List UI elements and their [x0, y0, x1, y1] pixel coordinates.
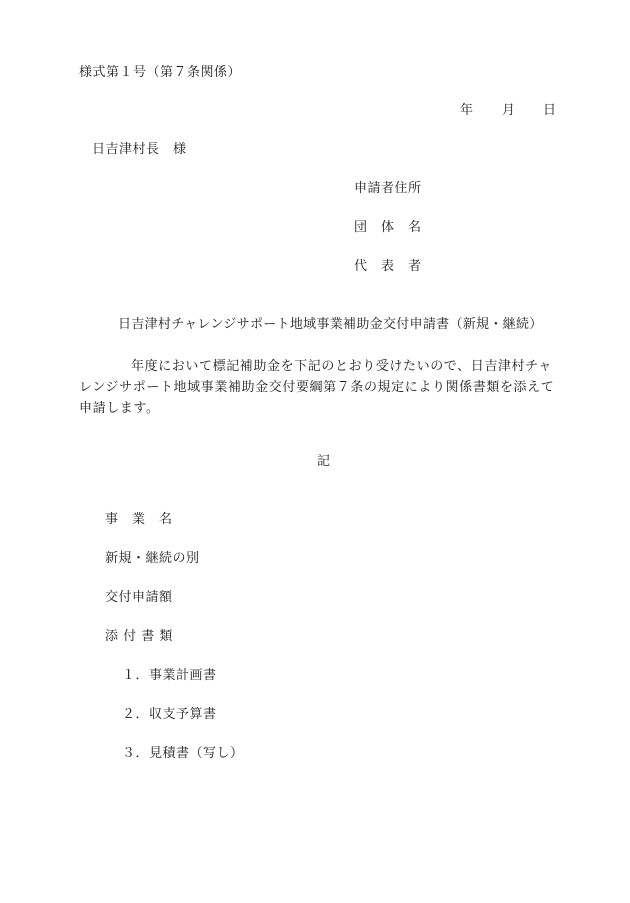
- attachment-number: ２．: [122, 707, 149, 722]
- date-year-label: 年: [460, 104, 473, 117]
- body-text: 年度において標記補助金を下記のとおり受けたいので、日吉津村チャレンジサポート地域…: [79, 359, 554, 416]
- attachment-label: 見積書（写し）: [149, 746, 244, 761]
- date-month-label: 月: [502, 104, 515, 117]
- attachment-number: １．: [122, 668, 149, 683]
- attachment-item: ３．見積書（写し）: [122, 747, 244, 760]
- applicant-group-name-label: 団 体 名: [354, 221, 422, 234]
- attachment-number: ３．: [122, 746, 149, 761]
- applicant-address-label: 申請者住所: [354, 182, 422, 195]
- field-new-or-continuing-label: 新規・継続の別: [105, 552, 200, 565]
- date-day-label: 日: [543, 104, 556, 117]
- ki-heading: 記: [317, 455, 331, 468]
- attachment-item: ２．収支予算書: [122, 708, 217, 721]
- field-project-name-label: 事 業 名: [105, 513, 173, 526]
- field-requested-amount-label: 交付申請額: [105, 591, 173, 604]
- attachment-label: 事業計画書: [149, 668, 217, 683]
- document-title: 日吉津村チャレンジサポート地域事業補助金交付申請書（新規・継続）: [118, 318, 543, 331]
- body-paragraph: 年度において標記補助金を下記のとおり受けたいので、日吉津村チャレンジサポート地域…: [79, 356, 557, 419]
- applicant-representative-label: 代 表 者: [354, 260, 422, 273]
- field-attachments-label: 添 付 書 類: [105, 630, 173, 643]
- form-number: 様式第１号（第７条関係）: [79, 66, 241, 79]
- addressee: 日吉津村長 様: [92, 143, 187, 156]
- attachment-item: １．事業計画書: [122, 669, 217, 682]
- attachment-label: 収支予算書: [149, 707, 217, 722]
